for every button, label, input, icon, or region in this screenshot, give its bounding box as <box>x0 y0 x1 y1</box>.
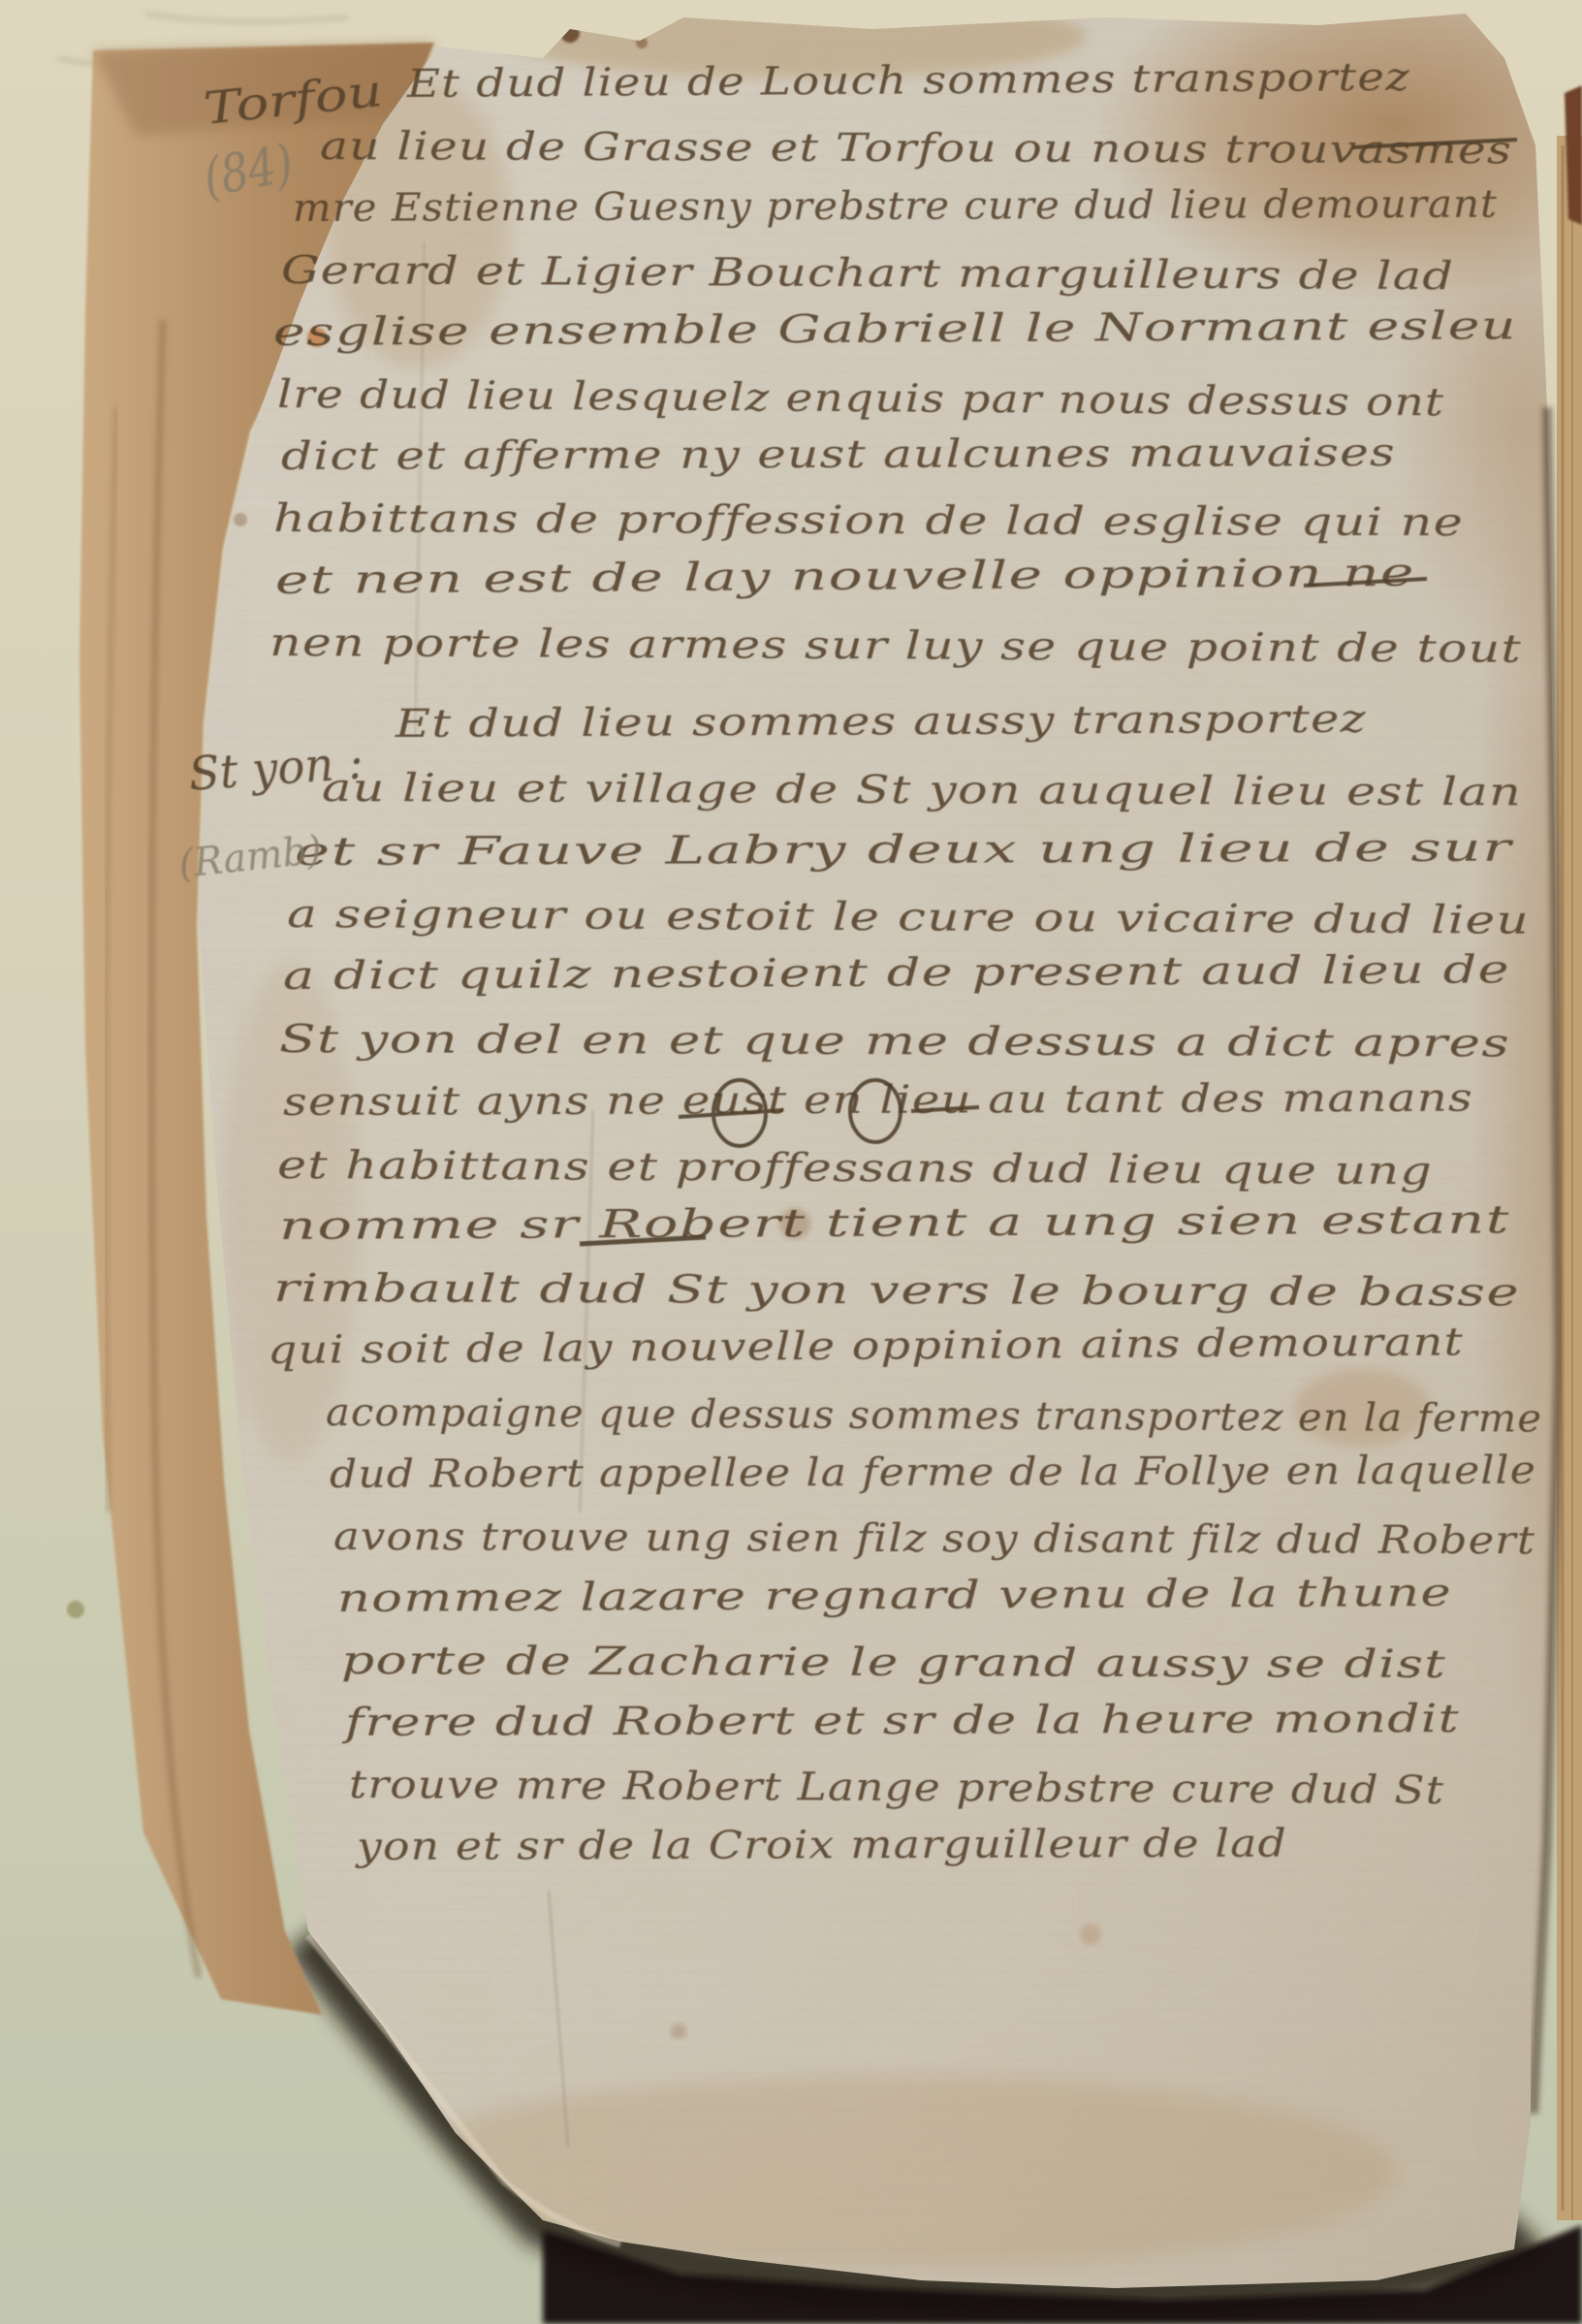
manuscript-line: mre Estienne Guesny prebstre cure dud li… <box>293 182 1498 231</box>
manuscript-line: et habittans et proffessans dud lieu que… <box>277 1143 1433 1194</box>
manuscript-line: dud Robert appellee la ferme de la Folly… <box>330 1449 1536 1497</box>
manuscript-line: yon et sr de la Croix marguilleur de lad <box>355 1822 1287 1869</box>
manuscript-line: et nen est de lay nouvelle oppinion ne <box>275 551 1415 603</box>
manuscript-line: esglise ensemble Gabriell le Normant esl… <box>273 303 1517 355</box>
manuscript-line: nommez lazare regnard venu de la thune <box>337 1571 1452 1621</box>
manuscript-line: nomme sr Robert tient a ung sien estant <box>279 1197 1510 1249</box>
manuscript-line: acompaigne que dessus sommes transportez… <box>326 1390 1542 1442</box>
foxing-spot-1 <box>234 513 247 526</box>
manuscript-line: au lieu et village de St yon auquel lieu… <box>322 766 1522 814</box>
manuscript-line: lre dud lieu lesquelz enquis par nous de… <box>277 372 1444 425</box>
manuscript-line: porte de Zacharie le grand aussy se dist <box>341 1639 1446 1687</box>
manuscript-line: a dict quilz nestoient de present aud li… <box>283 947 1510 999</box>
manuscript-line: avons trouve ung sien filz soy disant fi… <box>333 1514 1535 1563</box>
manuscript-line: Et dud lieu sommes aussy transportez <box>395 697 1367 747</box>
manuscript-line: dict et afferme ny eust aulcunes mauvais… <box>281 430 1396 479</box>
manuscript-line: nen porte les armes sur luy se que point… <box>269 621 1522 672</box>
manuscript-line: au lieu de Grasse et Torfou ou nous trou… <box>320 124 1512 173</box>
manuscript-line: a seigneur ou estoit le cure ou vicaire … <box>287 892 1530 943</box>
foxing-spot-3 <box>1080 1924 1101 1945</box>
manuscript-line: trouve mre Robert Lange prebstre cure du… <box>349 1763 1444 1813</box>
manuscript-line: habittans de proffession de lad esglise … <box>273 496 1464 545</box>
manuscript-line: Gerard et Ligier Bouchart marguilleurs d… <box>281 248 1454 299</box>
manuscript-line: et sr Fauve Labry deux ung lieu de sur <box>295 826 1515 875</box>
manuscript-line: sensuit ayns ne eust en lieu au tant des… <box>283 1076 1473 1125</box>
manuscript-line: frere dud Robert et sr de la heure mondi… <box>341 1697 1460 1745</box>
manuscript-line: St yon del en et que me dessus a dict ap… <box>279 1017 1510 1066</box>
book-edge-fleck <box>67 1601 84 1618</box>
manuscript-photo: Et dud lieu de Louch sommes transporteza… <box>0 0 1582 2324</box>
manuscript-line: Et dud lieu de Louch sommes transportez <box>406 55 1410 107</box>
manuscript-lines: Et dud lieu de Louch sommes transporteza… <box>268 55 1542 1869</box>
foxing-spot-4 <box>671 2023 686 2039</box>
manuscript-line: rimbault dud St yon vers le bourg de bas… <box>273 1266 1520 1315</box>
manuscript-line: qui soit de lay nouvelle oppinion ains d… <box>268 1320 1464 1373</box>
ink-text-group: Et dud lieu de Louch sommes transporteza… <box>187 55 1542 1869</box>
